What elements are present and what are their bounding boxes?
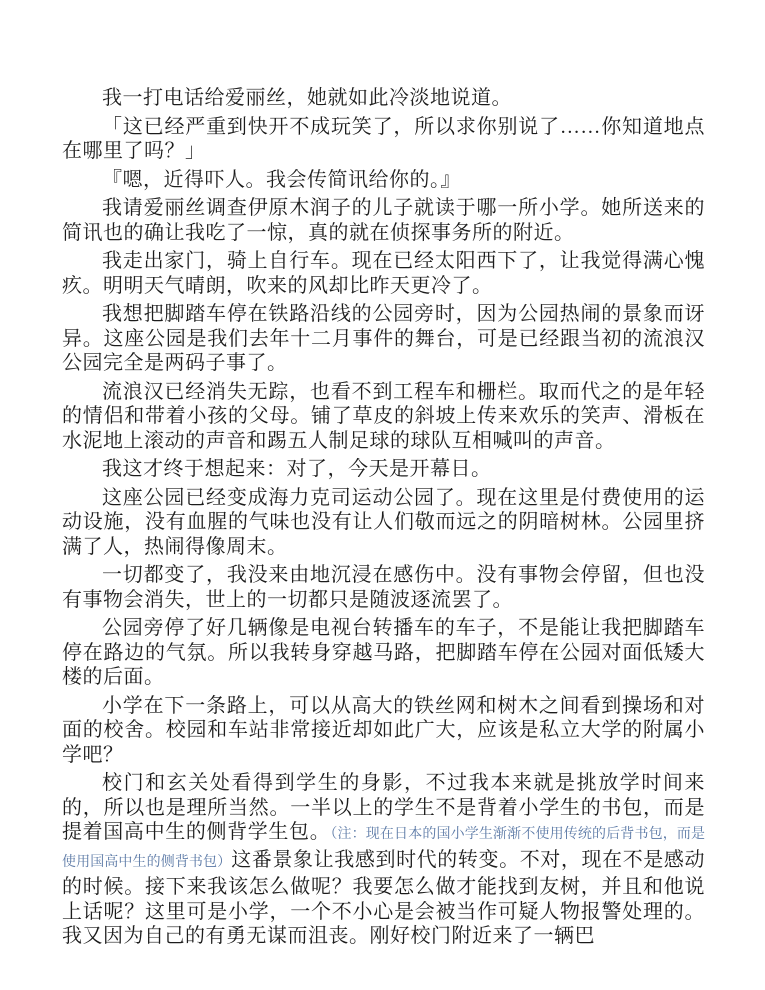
- text-block: 我一打电话给爱丽丝，她就如此冷淡地说道。「这已经严重到快开不成玩笑了，所以求你别…: [62, 86, 705, 949]
- paragraph-text: 「这已经严重到快开不成玩笑了，所以求你别说了……你知道地点在哪里了吗？」: [62, 116, 705, 163]
- paragraph: 我走出家门，骑上自行车。现在已经太阳西下了，让我觉得满心愧疚。明明天气晴朗，吹来…: [62, 249, 705, 298]
- paragraph-text: 我请爱丽丝调查伊原木润子的儿子就读于哪一所小学。她所送来的简讯也的确让我吃了一惊…: [62, 197, 705, 244]
- paragraph: 这座公园已经变成海力克司运动公园了。现在这里是付费使用的运动设施，没有血腥的气味…: [62, 486, 705, 560]
- paragraph: 流浪汉已经消失无踪，也看不到工程车和栅栏。取而代之的是年轻的情侣和带着小孩的父母…: [62, 380, 705, 454]
- paragraph: 我这才终于想起来：对了，今天是开幕日。: [62, 457, 705, 482]
- paragraph: 校门和玄关处看得到学生的身影，不过我本来就是挑放学时间来的，所以也是理所当然。一…: [62, 771, 705, 949]
- paragraph-text: 公园旁停了好几辆像是电视台转播车的车子，不是能让我把脚踏车停在路边的气氛。所以我…: [62, 617, 705, 688]
- document-page: 我一打电话给爱丽丝，她就如此冷淡地说道。「这已经严重到快开不成玩笑了，所以求你别…: [0, 0, 765, 990]
- paragraph-text: 我想把脚踏车停在铁路沿线的公园旁时，因为公园热闹的景象而讶异。这座公园是我们去年…: [62, 303, 705, 374]
- paragraph-text: 我这才终于想起来：对了，今天是开幕日。: [102, 458, 492, 480]
- paragraph: 「这已经严重到快开不成玩笑了，所以求你别说了……你知道地点在哪里了吗？」: [62, 115, 705, 164]
- paragraph-text: 『嗯，近得吓人。我会传简讯给你的。』: [102, 169, 461, 191]
- paragraph: 公园旁停了好几辆像是电视台转播车的车子，不是能让我把脚踏车停在路边的气氛。所以我…: [62, 616, 705, 690]
- paragraph: 小学在下一条路上，可以从高大的铁丝网和树木之间看到操场和对面的校舍。校园和车站非…: [62, 694, 705, 768]
- paragraph: 我一打电话给爱丽丝，她就如此冷淡地说道。: [62, 86, 705, 111]
- paragraph-text: 我走出家门，骑上自行车。现在已经太阳西下了，让我觉得满心愧疚。明明天气晴朗，吹来…: [62, 250, 705, 297]
- paragraph-text: 这座公园已经变成海力克司运动公园了。现在这里是付费使用的运动设施，没有血腥的气味…: [62, 487, 705, 558]
- paragraph-text: 我一打电话给爱丽丝，她就如此冷淡地说道。: [102, 87, 512, 109]
- paragraph-text: 流浪汉已经消失无踪，也看不到工程车和栅栏。取而代之的是年轻的情侣和带着小孩的父母…: [62, 381, 705, 452]
- paragraph: 我请爱丽丝调查伊原木润子的儿子就读于哪一所小学。她所送来的简讯也的确让我吃了一惊…: [62, 196, 705, 245]
- paragraph-text: 一切都变了，我没来由地沉浸在感伤中。没有事物会停留，但也没有事物会消失，世上的一…: [62, 564, 705, 611]
- paragraph: 『嗯，近得吓人。我会传简讯给你的。』: [62, 168, 705, 193]
- paragraph-text: 小学在下一条路上，可以从高大的铁丝网和树木之间看到操场和对面的校舍。校园和车站非…: [62, 695, 705, 766]
- paragraph: 我想把脚踏车停在铁路沿线的公园旁时，因为公园热闹的景象而讶异。这座公园是我们去年…: [62, 302, 705, 376]
- paragraph: 一切都变了，我没来由地沉浸在感伤中。没有事物会停留，但也没有事物会消失，世上的一…: [62, 563, 705, 612]
